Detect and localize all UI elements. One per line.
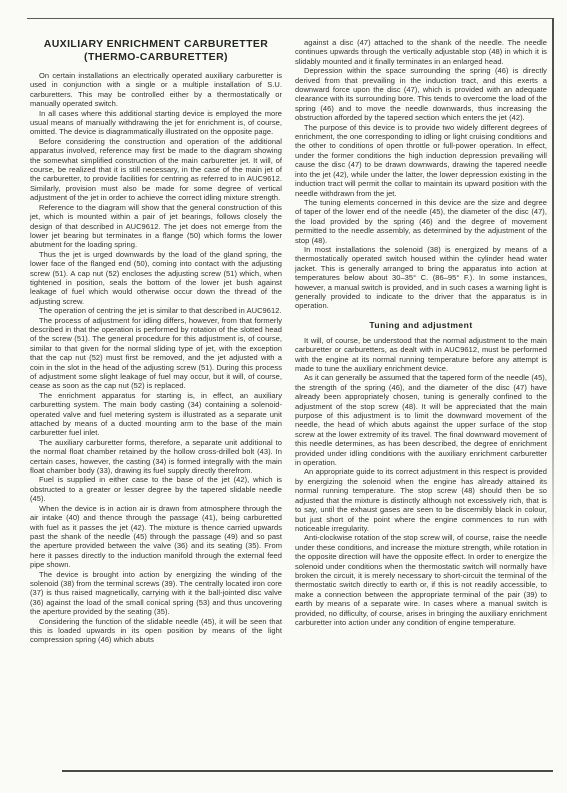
paragraph: An appropriate guide to its correct adju…: [295, 467, 547, 533]
section-heading-tuning-and-adjustment: Tuning and adjustment: [295, 320, 547, 330]
right-column-text-upper: against a disc (47) attached to the shan…: [295, 38, 547, 311]
paragraph: Depression within the space surrounding …: [295, 66, 547, 122]
paragraph: In all cases where this additional start…: [30, 109, 282, 137]
two-column-layout: AUXILIARY ENRICHMENT CARBURETTER (THERMO…: [30, 38, 547, 763]
top-rule: [27, 18, 554, 19]
page-title-line1: AUXILIARY ENRICHMENT CARBURETTER: [44, 38, 269, 50]
right-column-text-lower: It will, of course, be understood that t…: [295, 336, 547, 628]
bottom-rule: [62, 770, 553, 772]
paragraph: The device is brought into action by ene…: [30, 570, 282, 617]
paragraph: against a disc (47) attached to the shan…: [295, 38, 547, 66]
paragraph: It will, of course, be understood that t…: [295, 336, 547, 374]
paragraph: In most installations the solenoid (38) …: [295, 245, 547, 311]
paragraph: The auxiliary carburetter forms, therefo…: [30, 438, 282, 476]
paragraph: Reference to the diagram will show that …: [30, 203, 282, 250]
document-page: AUXILIARY ENRICHMENT CARBURETTER (THERMO…: [0, 0, 567, 793]
paragraph: On certain installations an electrically…: [30, 71, 282, 109]
paragraph: Anti-clockwise rotation of the stop scre…: [295, 533, 547, 627]
right-column: against a disc (47) attached to the shan…: [295, 38, 547, 763]
paragraph: The process of adjustment for idling dif…: [30, 316, 282, 391]
paragraph: When the device is in action air is draw…: [30, 504, 282, 570]
paragraph: The enrichment apparatus for starting is…: [30, 391, 282, 438]
paragraph: The purpose of this device is to provide…: [295, 123, 547, 198]
right-edge-line: [552, 18, 554, 578]
page-title: AUXILIARY ENRICHMENT CARBURETTER (THERMO…: [30, 38, 282, 64]
paragraph: The tuning elements concerned in this de…: [295, 198, 547, 245]
paragraph: Thus the jet is urged downwards by the l…: [30, 250, 282, 306]
paragraph: Considering the function of the slidable…: [30, 617, 282, 645]
page-title-line2: (THERMO-CARBURETTER): [84, 51, 228, 63]
paragraph: Before considering the construction and …: [30, 137, 282, 203]
paragraph: Fuel is supplied in either case to the b…: [30, 475, 282, 503]
left-column: AUXILIARY ENRICHMENT CARBURETTER (THERMO…: [30, 38, 282, 763]
paragraph: As it can generally be assumed that the …: [295, 373, 547, 467]
paragraph: The operation of centring the jet is sim…: [30, 306, 282, 315]
left-column-text: On certain installations an electrically…: [30, 71, 282, 645]
